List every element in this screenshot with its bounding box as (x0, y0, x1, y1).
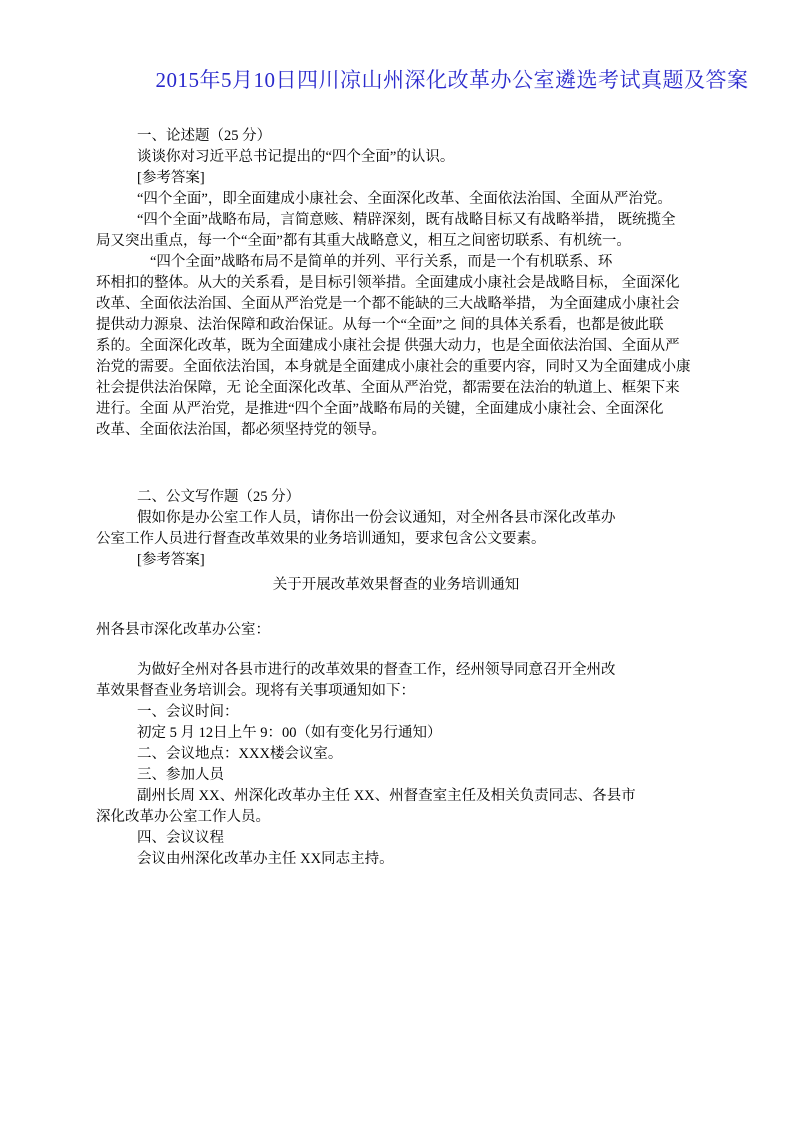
reference-answer-label-2: [参考答案] (96, 550, 696, 571)
meeting-place-line: 二、会议地点：XXX楼会议室。 (96, 744, 696, 765)
section-2-heading: 二、公文写作题（25 分） (96, 487, 696, 508)
doc-line: 系的。全面深化改革，既为全面建成小康社会提 供强大动力，也是全面依法治国、全面从… (96, 336, 696, 357)
agenda-heading: 四、会议议程 (96, 828, 696, 849)
doc-line: 为做好全州对各县市进行的改革效果的督查工作，经州领导同意召开全州改 (96, 660, 696, 681)
meeting-time-heading: 一、会议时间： (96, 702, 696, 723)
reference-answer-label-1: [参考答案] (96, 168, 696, 189)
agenda-detail: 会议由州深化改革办主任 XX同志主持。 (96, 849, 696, 870)
doc-line: 副州长周 XX、州深化改革办主任 XX、州督查室主任及相关负责同志、各县市 (96, 786, 696, 807)
section-1-heading: 一、论述题（25 分） (96, 126, 696, 147)
doc-line: 治党的需要。全面依法治国，本身就是全面建成小康社会的重要内容，同时又为全面建成小… (96, 357, 696, 378)
doc-line: 改革、全面依法治国，都必须坚持党的领导。 (96, 420, 696, 441)
doc-line: 进行。全面 从严治党，是推进“四个全面”战略布局的关键，全面建成小康社会、全面深… (96, 399, 696, 420)
notice-title: 关于开展改革效果督查的业务培训通知 (96, 575, 696, 596)
section-spacer (96, 441, 696, 487)
doc-line: 局又突出重点，每一个“全面”都有其重大战略意义，相互之间密切联系、有机统一。 (96, 231, 696, 252)
question-1-text: 谈谈你对习近平总书记提出的“四个全面”的认识。 (96, 147, 696, 168)
doc-line: “四个全面”，即全面建成小康社会、全面深化改革、全面依法治国、全面从严治党。 (96, 189, 696, 210)
question-2-text: 假如你是办公室工作人员，请你出一份会议通知，对全州各县市深化改革办 (96, 508, 696, 529)
doc-line: 环相扣的整体。从大的关系看，是目标引领举措。全面建成小康社会是战略目标， 全面深… (96, 273, 696, 294)
document-title: 2015年5月10日四川凉山州深化改革办公室遴选考试真题及答案 (110, 64, 794, 94)
spacer (96, 641, 696, 660)
doc-line: 社会提供法治保障，无 论全面深化改革、全面从严治党，都需要在法治的轨道上、框架下… (96, 378, 696, 399)
doc-line: 深化改革办公室工作人员。 (96, 807, 696, 828)
document-body: 一、论述题（25 分） 谈谈你对习近平总书记提出的“四个全面”的认识。 [参考答… (96, 126, 696, 870)
doc-line: “四个全面”战略布局，言简意赅、精辟深刻，既有战略目标又有战略举措， 既统揽全 (96, 210, 696, 231)
document-page: 2015年5月10日四川凉山州深化改革办公室遴选考试真题及答案 一、论述题（25… (0, 0, 794, 1122)
spacer (96, 596, 696, 620)
doc-line: “四个全面”战略布局不是简单的并列、平行关系，而是一个有机联系、环 (96, 252, 696, 273)
doc-line: 改革、全面依法治国、全面从严治党是一个都不能缺的三大战略举措， 为全面建成小康社… (96, 294, 696, 315)
notice-addressee: 州各县市深化改革办公室： (96, 620, 696, 641)
meeting-time-detail: 初定 5 月 12日上午 9：00（如有变化另行通知） (96, 723, 696, 744)
doc-line: 提供动力源泉、法治保障和政治保证。从每一个“全面”之 间的具体关系看，也都是彼此… (96, 315, 696, 336)
attendees-heading: 三、参加人员 (96, 765, 696, 786)
doc-line: 革效果督查业务培训会。现将有关事项通知如下： (96, 681, 696, 702)
doc-line: 公室工作人员进行督查改革效果的业务培训通知，要求包含公文要素。 (96, 529, 696, 550)
